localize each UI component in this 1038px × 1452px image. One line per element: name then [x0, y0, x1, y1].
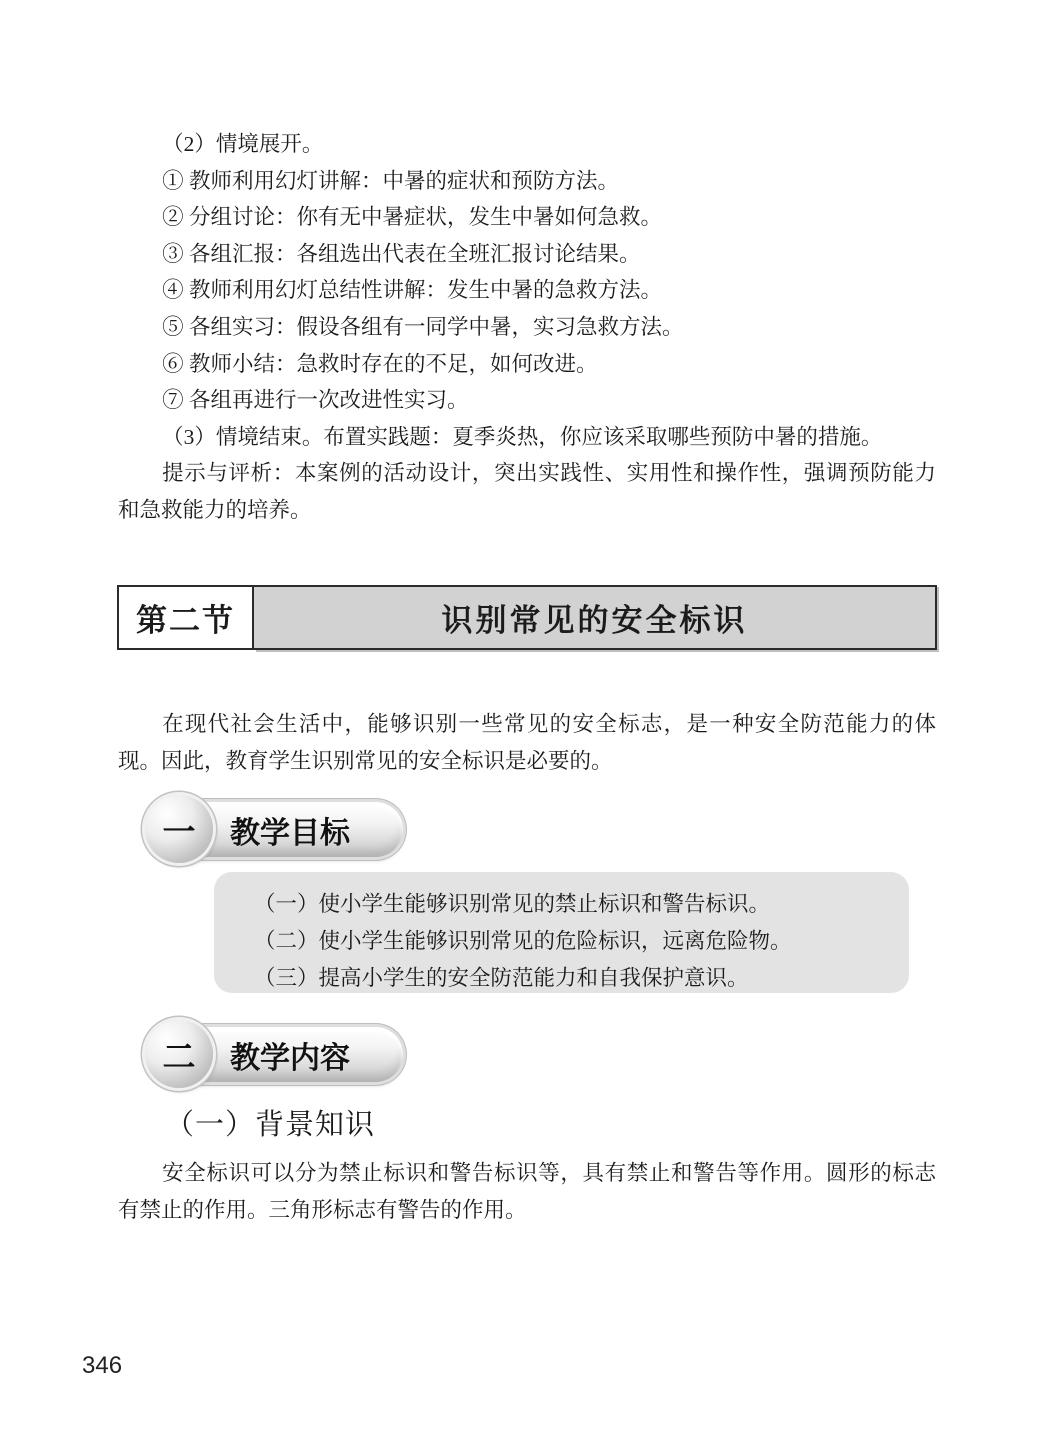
- objective-item: （二）使小学生能够识别常见的危险标识，远离危险物。: [254, 923, 889, 960]
- background-paragraph: 安全标识可以分为禁止标识和警告标识等，具有禁止和警告等作用。圆形的标志有禁止的作…: [118, 1155, 936, 1229]
- body-line: ⑦ 各组再进行一次改进性实习。: [118, 382, 936, 419]
- lesson-case-steps: （2）情境展开。 ① 教师利用幻灯讲解：中暑的症状和预防方法。 ② 分组讨论：你…: [118, 126, 936, 529]
- objective-item: （一）使小学生能够识别常见的禁止标识和警告标识。: [254, 886, 889, 923]
- section-title-box: 识别常见的安全标识: [254, 585, 937, 650]
- body-line: ⑥ 教师小结：急救时存在的不足，如何改进。: [118, 346, 936, 383]
- section-header: 第二节 识别常见的安全标识: [117, 585, 937, 650]
- case-review-paragraph: 提示与评析：本案例的活动设计，突出实践性、实用性和操作性，强调预防能力和急救能力…: [118, 455, 936, 528]
- body-line: ② 分组讨论：你有无中暑症状，发生中暑如何急救。: [118, 199, 936, 236]
- heading-number-ball: 一: [145, 795, 213, 863]
- body-line: ① 教师利用幻灯讲解：中暑的症状和预防方法。: [118, 163, 936, 200]
- objective-item: （三）提高小学生的安全防范能力和自我保护意识。: [254, 960, 889, 997]
- page-number: 346: [82, 1352, 122, 1380]
- body-line: ④ 教师利用幻灯总结性讲解：发生中暑的急救方法。: [118, 272, 936, 309]
- body-line: ③ 各组汇报：各组选出代表在全班汇报讨论结果。: [118, 236, 936, 273]
- body-line: （2）情境展开。: [118, 126, 936, 163]
- heading-number-ball: 二: [145, 1020, 213, 1088]
- body-line: （3）情境结束。布置实践题：夏季炎热，你应该采取哪些预防中暑的措施。: [118, 419, 936, 456]
- subsection-heading-background: （一）背景知识: [165, 1102, 375, 1143]
- intro-paragraph: 在现代社会生活中，能够识别一些常见的安全标志，是一种安全防范能力的体现。因此，教…: [118, 706, 936, 780]
- body-line: ⑤ 各组实习：假设各组有一同学中暑，实习急救方法。: [118, 309, 936, 346]
- heading-badge-teaching-content: 教学内容 二: [145, 1020, 405, 1096]
- objectives-box: （一）使小学生能够识别常见的禁止标识和警告标识。 （二）使小学生能够识别常见的危…: [214, 872, 909, 993]
- document-page: （2）情境展开。 ① 教师利用幻灯讲解：中暑的症状和预防方法。 ② 分组讨论：你…: [0, 0, 1038, 1452]
- heading-badge-teaching-goals: 教学目标 一: [145, 795, 405, 871]
- section-number-box: 第二节: [117, 585, 254, 650]
